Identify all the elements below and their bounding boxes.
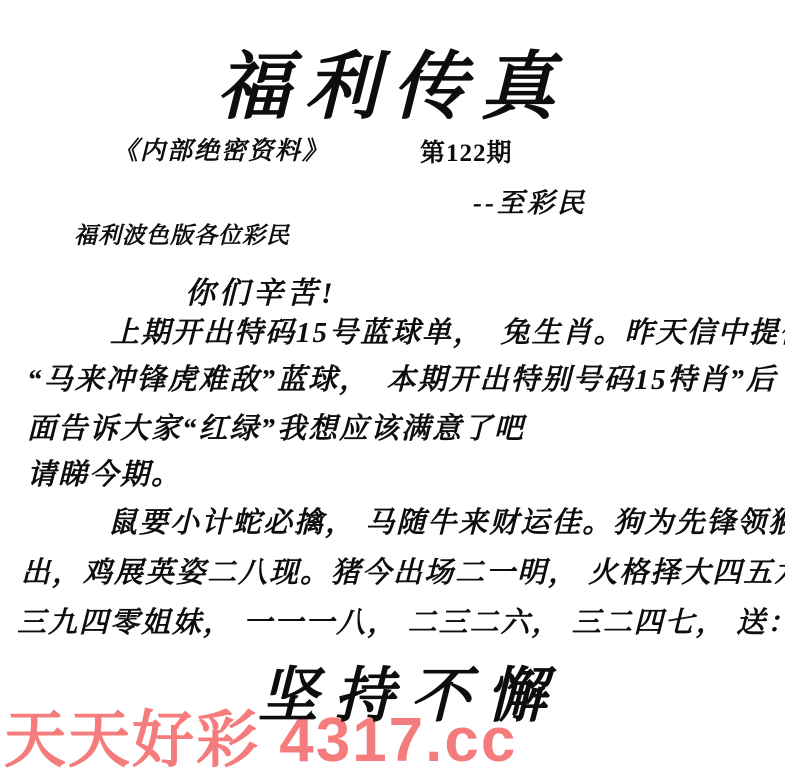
page-title: 福利传真 — [0, 28, 785, 134]
footer-slogan: 坚持不懈 — [258, 648, 562, 734]
body-line-3: 面告诉大家“红绿”我想应该满意了吧 — [27, 406, 525, 447]
salutation-line: 福利波色版各位彩民 — [74, 217, 290, 250]
body-line-5: 鼠要小计蛇必擒， 马随牛来财运佳。狗为先锋领猴 — [108, 500, 785, 541]
greeting-line: 你们辛苦! — [185, 268, 337, 312]
body-line-4: 请睇今期。 — [27, 452, 182, 493]
body-line-2: “马来冲锋虎难敌”蓝球， 本期开出特别号码15特肖”后 — [27, 357, 777, 398]
classified-label: 《内部绝密资料》 — [113, 131, 329, 167]
body-line-7: 三九四零姐妹， 一一一八， 二三二六， 三二四七， 送： 蓝绿 — [17, 600, 785, 641]
body-line-1: 上期开出特码15号蓝球单， 兔生肖。昨天信中提供 — [110, 310, 785, 351]
issue-number: 第122期 — [420, 133, 513, 169]
signature-line: --至彩民 — [473, 181, 587, 220]
fax-document: 福利传真 《内部绝密资料》 第122期 --至彩民 福利波色版各位彩民 你们辛苦… — [0, 0, 785, 772]
body-line-6: 出，鸡展英姿二八现。猪今出场二一明， 火格择大四五六。 — [21, 550, 785, 591]
